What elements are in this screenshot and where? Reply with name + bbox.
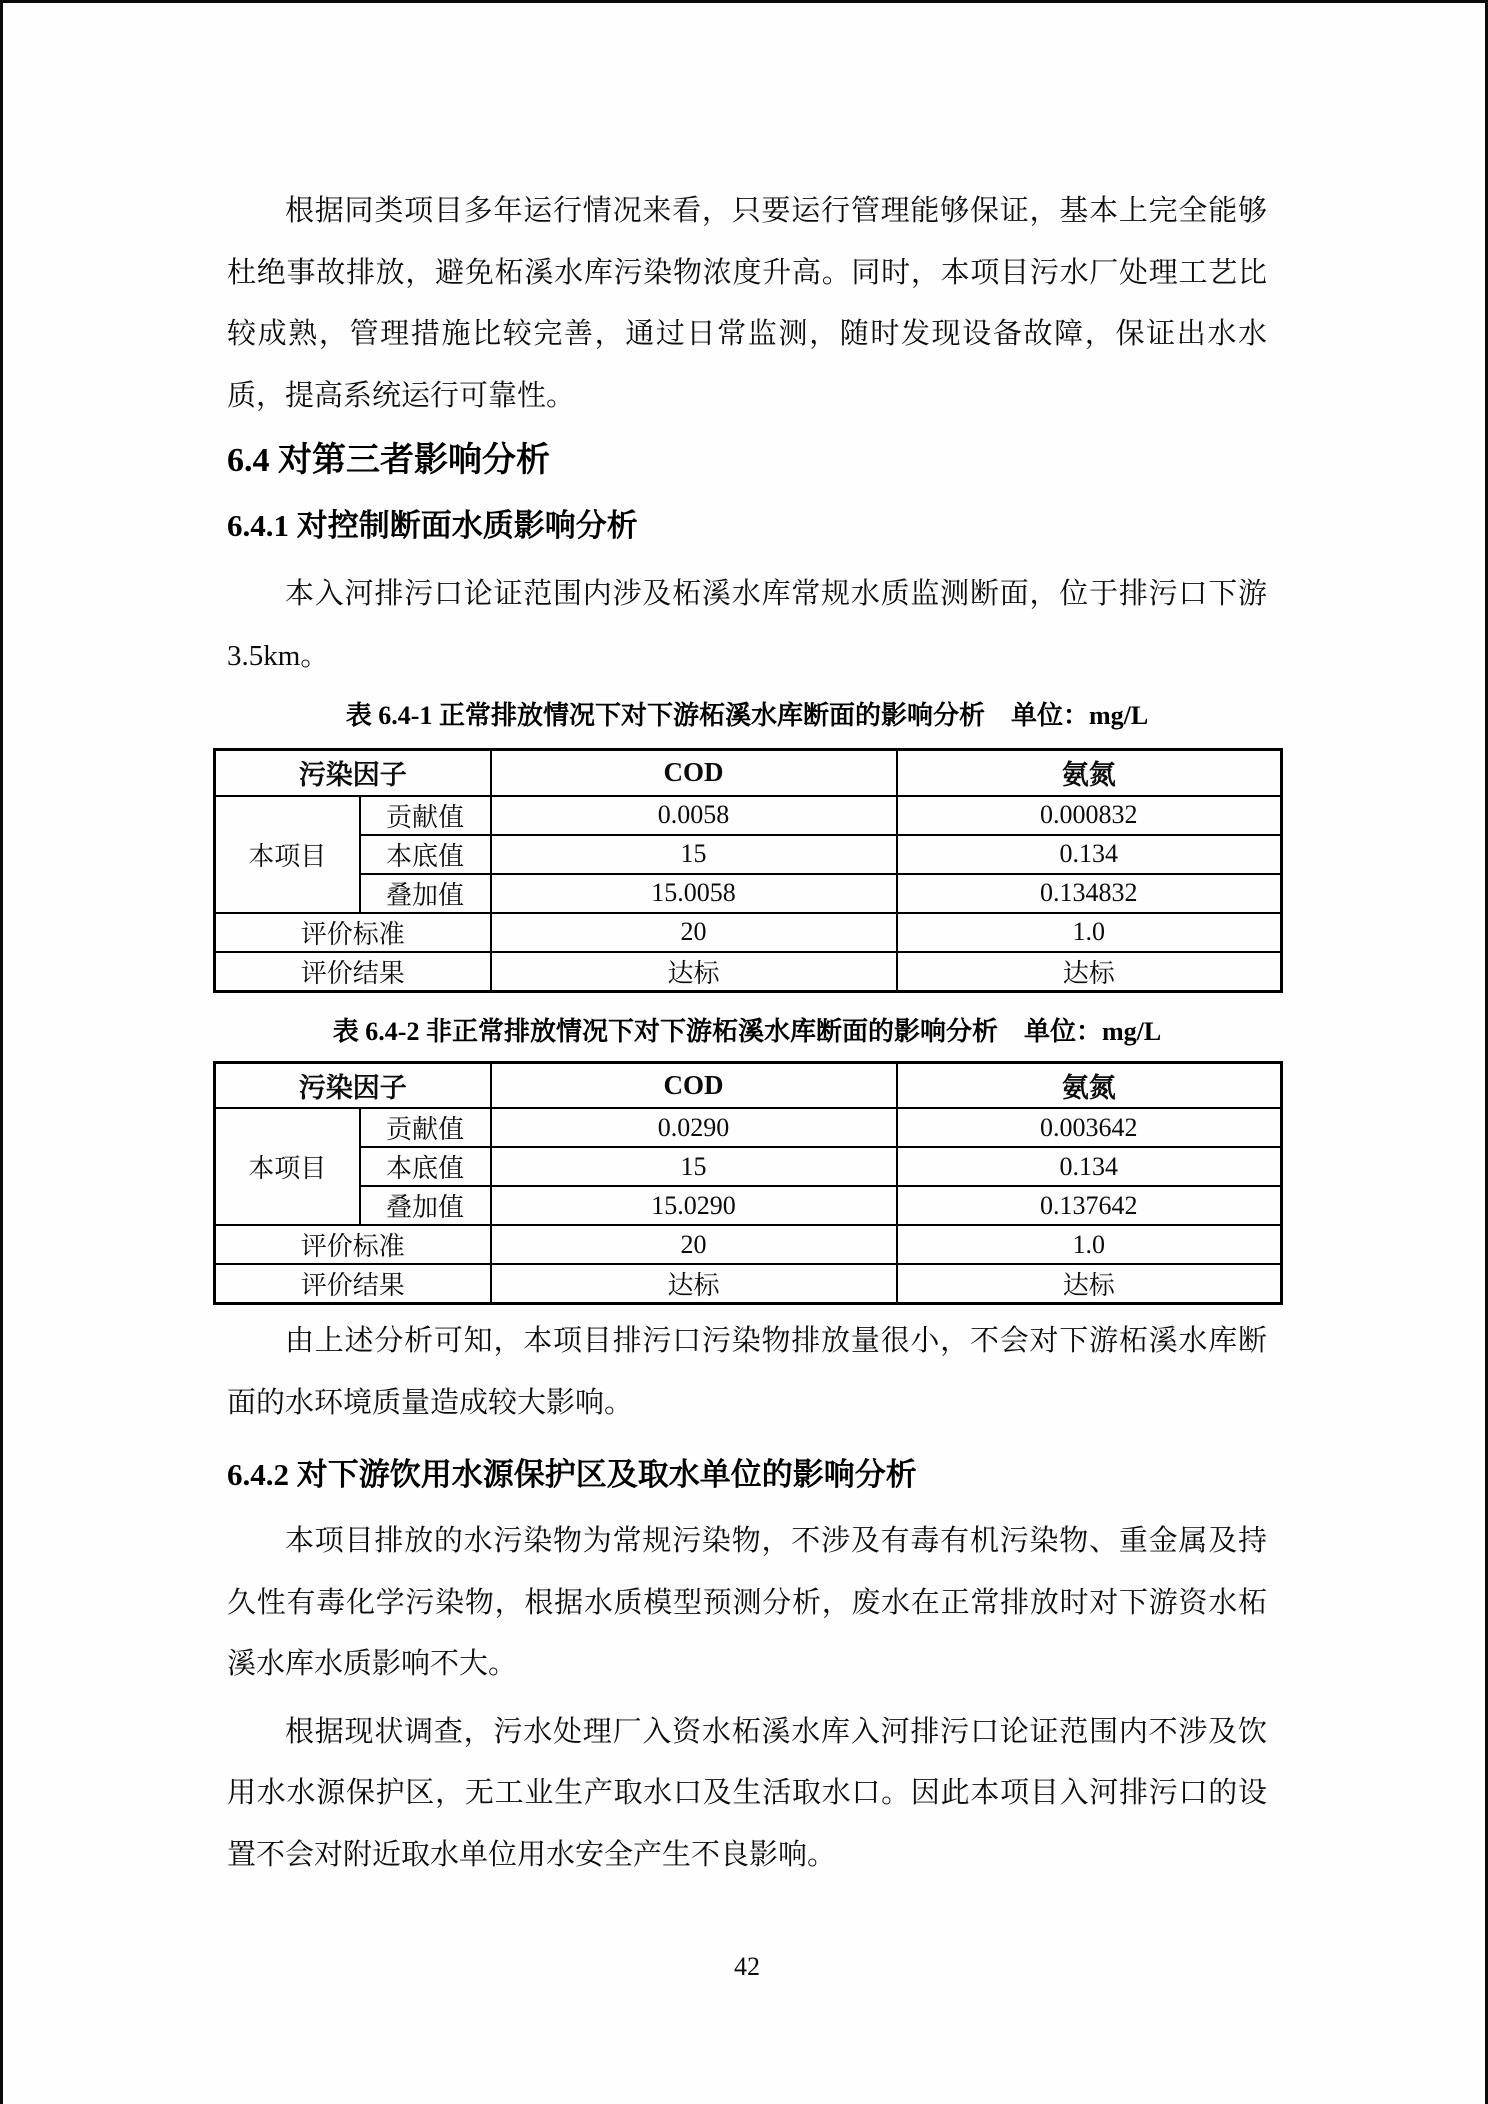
cell-row-label: 本底值 xyxy=(360,1147,491,1186)
cell-row-label: 本底值 xyxy=(360,835,491,874)
cell-nh3n-header: 氨氮 xyxy=(897,750,1282,796)
table-row: 本项目 贡献值 0.0290 0.003642 xyxy=(215,1108,1282,1147)
cell-row-label: 评价结果 xyxy=(215,1264,491,1304)
cell-value: 达标 xyxy=(897,1264,1282,1304)
cell-value: 20 xyxy=(491,913,897,952)
cell-value: 达标 xyxy=(491,952,897,992)
cell-value: 1.0 xyxy=(897,913,1282,952)
table-row: 评价标准 20 1.0 xyxy=(215,1225,1282,1264)
table-row: 叠加值 15.0058 0.134832 xyxy=(215,874,1282,913)
cell-row-label: 叠加值 xyxy=(360,1186,491,1225)
cell-row-label: 叠加值 xyxy=(360,874,491,913)
cell-nh3n-header: 氨氮 xyxy=(897,1062,1282,1108)
table-row: 本底值 15 0.134 xyxy=(215,835,1282,874)
cell-row-label: 贡献值 xyxy=(360,796,491,835)
cell-value: 15.0290 xyxy=(491,1186,897,1225)
section-heading-6-4: 6.4 对第三者影响分析 xyxy=(227,441,1267,481)
cell-value: 15.0058 xyxy=(491,874,897,913)
page-content: 根据同类项目多年运行情况来看，只要运行管理能够保证，基本上完全能够杜绝事故排放，… xyxy=(227,3,1267,1982)
cell-factor-header: 污染因子 xyxy=(215,750,491,796)
table-caption-6-4-2: 表 6.4-2 非正常排放情况下对下游柘溪水库断面的影响分析 单位：mg/L xyxy=(227,1015,1267,1049)
impact-table-abnormal-discharge: 污染因子 COD 氨氮 本项目 贡献值 0.0290 0.003642 本底值 … xyxy=(213,1061,1283,1306)
cell-value: 达标 xyxy=(897,952,1282,992)
cell-row-label: 评价标准 xyxy=(215,913,491,952)
section-heading-6-4-2: 6.4.2 对下游饮用水源保护区及取水单位的影响分析 xyxy=(227,1455,1267,1495)
table-row: 本项目 贡献值 0.0058 0.000832 xyxy=(215,796,1282,835)
cell-value: 0.0290 xyxy=(491,1108,897,1147)
table-row: 本底值 15 0.134 xyxy=(215,1147,1282,1186)
cell-project-group: 本项目 xyxy=(215,1108,360,1225)
paragraph-status-survey: 根据现状调查，污水处理厂入资水柘溪水库入河排污口论证范围内不涉及饮用水水源保护区… xyxy=(227,1702,1267,1887)
cell-cod-header: COD xyxy=(491,1062,897,1108)
paragraph-operation-reliability: 根据同类项目多年运行情况来看，只要运行管理能够保证，基本上完全能够杜绝事故排放，… xyxy=(227,181,1267,427)
paragraph-pollutant-type: 本项目排放的水污染物为常规污染物，不涉及有毒有机污染物、重金属及持久性有毒化学污… xyxy=(227,1511,1267,1696)
cell-value: 15 xyxy=(491,835,897,874)
page-number: 42 xyxy=(227,1952,1267,1982)
impact-table-normal-discharge: 污染因子 COD 氨氮 本项目 贡献值 0.0058 0.000832 本底值 … xyxy=(213,748,1283,993)
cell-value: 达标 xyxy=(491,1264,897,1304)
paragraph-monitoring-section: 本入河排污口论证范围内涉及柘溪水库常规水质监测断面，位于排污口下游3.5km。 xyxy=(227,564,1267,687)
cell-value: 0.0058 xyxy=(491,796,897,835)
cell-value: 15 xyxy=(491,1147,897,1186)
cell-value: 0.134832 xyxy=(897,874,1282,913)
cell-value: 20 xyxy=(491,1225,897,1264)
table-row: 叠加值 15.0290 0.137642 xyxy=(215,1186,1282,1225)
table-row: 评价标准 20 1.0 xyxy=(215,913,1282,952)
cell-value: 0.134 xyxy=(897,1147,1282,1186)
cell-value: 0.000832 xyxy=(897,796,1282,835)
document-page: 根据同类项目多年运行情况来看，只要运行管理能够保证，基本上完全能够杜绝事故排放，… xyxy=(0,0,1488,2104)
table-row: 评价结果 达标 达标 xyxy=(215,1264,1282,1304)
cell-factor-header: 污染因子 xyxy=(215,1062,491,1108)
section-heading-6-4-1: 6.4.1 对控制断面水质影响分析 xyxy=(227,506,1267,546)
cell-value: 0.134 xyxy=(897,835,1282,874)
cell-row-label: 评价结果 xyxy=(215,952,491,992)
cell-project-group: 本项目 xyxy=(215,796,360,913)
cell-value: 0.137642 xyxy=(897,1186,1282,1225)
cell-row-label: 贡献值 xyxy=(360,1108,491,1147)
table-header-row: 污染因子 COD 氨氮 xyxy=(215,750,1282,796)
cell-value: 1.0 xyxy=(897,1225,1282,1264)
table-caption-6-4-1: 表 6.4-1 正常排放情况下对下游柘溪水库断面的影响分析 单位：mg/L xyxy=(227,699,1267,733)
table-header-row: 污染因子 COD 氨氮 xyxy=(215,1062,1282,1108)
table-row: 评价结果 达标 达标 xyxy=(215,952,1282,992)
cell-cod-header: COD xyxy=(491,750,897,796)
cell-value: 0.003642 xyxy=(897,1108,1282,1147)
cell-row-label: 评价标准 xyxy=(215,1225,491,1264)
paragraph-conclusion: 由上述分析可知，本项目排污口污染物排放量很小，不会对下游柘溪水库断面的水环境质量… xyxy=(227,1311,1267,1434)
